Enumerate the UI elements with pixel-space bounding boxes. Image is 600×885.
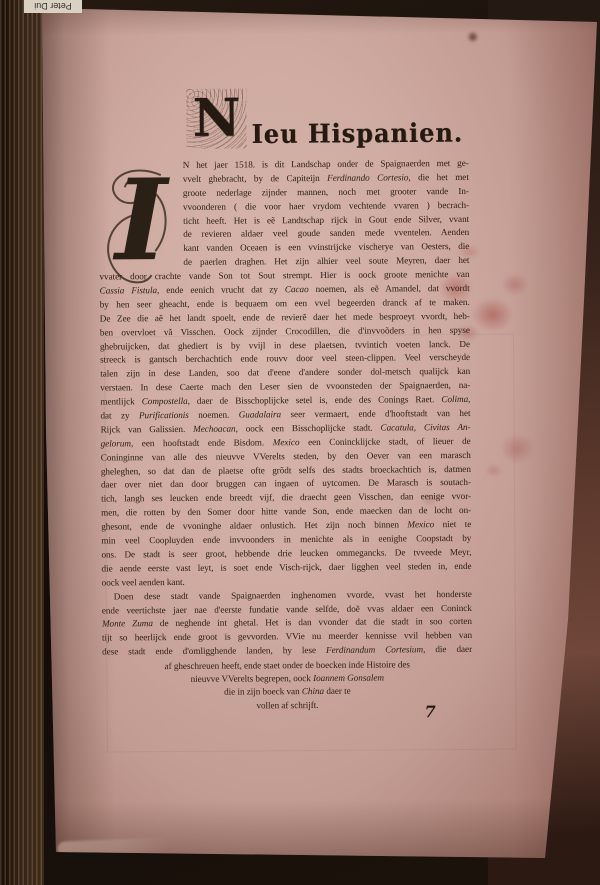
text-segment: af gheschreuen heeft, ende staet onder d…	[164, 659, 409, 671]
text-segment: oock veel aenden kant.	[102, 577, 185, 588]
chapter-title: Ieu Hispanien.	[251, 119, 463, 149]
text-segment: groote nederlage zijnder mannen, noch me…	[183, 186, 469, 198]
italic-text-segment: gelorum	[101, 438, 131, 448]
first-paragraph-head: I N het jaer 1518. is dit Landschap onde…	[99, 157, 470, 271]
closing-taper-lines: af gheschreuen heeft, ende staet onder d…	[102, 658, 472, 713]
text-line: dese stadt ende d'omligghende landen, hy…	[102, 643, 472, 659]
italic-text-segment: Compostella	[142, 396, 188, 406]
photographed-book-page: { "colors":{"paper":"#cfaba1","ink":"#2b…	[0, 0, 600, 885]
text-segment: tich, langh ses leucken ende breedt vijf…	[101, 491, 471, 504]
text-line: de paerlen draghen. Het zijn alhier veel…	[183, 254, 469, 270]
text-segment: daer over niet dan door bruggen can inga…	[101, 477, 471, 490]
text-segment: vvelt ghebracht, by de Capiteijn	[183, 173, 327, 184]
text-segment: De Zee die aẽ het landt spoelt, ende de …	[100, 311, 470, 324]
drop-cap-I: I	[101, 171, 182, 284]
red-stain	[481, 461, 507, 481]
text-segment: seer vermaert, ende d'hooftstadt van het	[281, 408, 470, 419]
ink-stain	[465, 29, 481, 45]
text-segment: die in zijn boeck van	[224, 687, 302, 698]
text-segment: de revieren aldaer veel goude sanden med…	[183, 227, 469, 239]
text-segment: , die daer	[423, 644, 472, 654]
text-segment: noemen.	[189, 410, 239, 420]
text-segment: ghebruijcken, dat ghediert is by vvijl i…	[100, 339, 470, 352]
text-segment: tijt so heerlijck ende groot is gevvorde…	[102, 630, 472, 643]
text-segment: , die het met	[408, 172, 468, 182]
italic-text-segment: Ferdinando Cortesio	[327, 172, 408, 183]
text-segment: daer te	[324, 686, 351, 696]
red-stain	[495, 268, 533, 300]
woodcut-initial-N: N	[186, 88, 246, 148]
text-segment: noemen, als eẽ Amandel, dat vvordt	[309, 283, 470, 294]
text-segment: nieuvve VVerelts begrepen, oock	[191, 673, 314, 684]
text-segment: ben overvloet vã Visschen. Oock zijnder …	[100, 325, 470, 338]
text-segment: niet te	[434, 519, 471, 529]
text-segment: ons. De stadt is seer groot, hebbende dr…	[101, 547, 471, 560]
text-segment: , een hooftstadt ende Bisdom.	[131, 437, 273, 448]
full-width-lines: vvater door crachte vande Son tot Sout s…	[99, 268, 472, 660]
italic-text-segment: Mexico	[407, 519, 434, 529]
text-segment: talen zijn in dese Landen, soo dat d'een…	[100, 366, 470, 379]
text-line: vvoonderen ( die voor haer vrydom vechte…	[183, 199, 469, 215]
text-segment: men, die rotten by den Somer door hitte …	[101, 505, 471, 518]
indented-lines: N het jaer 1518. is dit Landschap onder …	[183, 157, 470, 270]
text-block: I N het jaer 1518. is dit Landschap onde…	[99, 157, 473, 713]
page-content: N Ieu Hispanien. I N het jaer 1518. is d…	[32, 0, 600, 872]
italic-text-segment: Ferdinandum Cortesium	[326, 644, 423, 655]
text-line: vollen af schrijft.	[102, 698, 472, 714]
text-segment: Doen dese stadt vande Spaignaerden inghe…	[114, 589, 472, 601]
text-segment: streeck is gantsch berchachtich ende rou…	[100, 352, 470, 365]
text-segment: dese stadt ende d'omligghende landen, hy…	[102, 645, 326, 657]
text-segment: ghesont, ende de vvoninghe aldaer onlust…	[101, 520, 407, 532]
italic-text-segment: Cacao	[285, 284, 309, 294]
text-segment: Coninginne van alle des nieuvve VVerelts…	[101, 450, 471, 463]
italic-text-segment: China	[302, 686, 324, 696]
facing-page-inscription: Peter Dui	[24, 0, 82, 13]
text-segment: N het jaer 1518. is dit Landschap onder …	[183, 158, 469, 170]
text-segment: die aende eerste vast leyt, is soet ende…	[101, 561, 471, 574]
text-segment: , daer de Bisschoplijcke setel is, ende …	[188, 394, 442, 406]
text-segment: dat zy	[100, 410, 139, 420]
inscription-text: Peter Dui	[34, 2, 72, 12]
italic-text-segment: Mexico	[273, 437, 300, 447]
text-segment: een Conincklijcke stadt, of lieuer de	[299, 436, 470, 447]
text-segment: kant vanden Oceaen is een vvinstrijcke v…	[183, 241, 469, 253]
text-segment: Rijck van Galissien.	[101, 424, 194, 435]
text-segment: by hen seer gheacht, ende is bequaem om …	[100, 297, 470, 310]
italic-text-segment: Purificationis	[139, 410, 189, 420]
text-segment: min veel Coopluyden ende invvoonders in …	[101, 533, 471, 546]
text-segment: vvoonderen ( die voor haer vrydom vechte…	[183, 200, 469, 212]
italic-text-segment: Colima	[441, 394, 468, 404]
italic-text-segment: Guadalaira	[239, 409, 281, 419]
chapter-heading: N Ieu Hispanien.	[186, 87, 463, 149]
text-segment: ticht heeft. Het is eẽ Landtschap rijck …	[183, 213, 469, 225]
italic-text-segment: Mechoacan	[193, 423, 235, 433]
text-segment: mentlijck	[100, 396, 141, 406]
italic-text-segment: Cacatula, Civitas An-	[380, 422, 470, 433]
text-line: die aende eerste vast leyt, is soet ende…	[101, 560, 471, 576]
text-segment: vollen af schrijft.	[256, 700, 318, 710]
page-number: 7	[424, 702, 435, 721]
text-segment: ,	[468, 394, 470, 404]
book-page: N Ieu Hispanien. I N het jaer 1518. is d…	[34, 0, 600, 870]
italic-text-segment: Monte Zuma	[102, 619, 153, 629]
text-segment: de paerlen draghen. Het zijn alhier veel…	[183, 255, 469, 267]
text-segment: ende veertichste jaer nae d'eerste funda…	[102, 602, 472, 615]
text-segment: verstaen. In dese Caerte mach den Leser …	[100, 380, 470, 393]
text-segment: de neghende int ghetal. Het is dan vvond…	[153, 616, 472, 628]
italic-text-segment: Ioannem Gonsalem	[313, 673, 384, 683]
text-segment: , oock een Bisschoplijcke stadt.	[236, 422, 381, 433]
text-segment: gheleghen, so dat dan de plaetse ofte gr…	[101, 464, 471, 477]
book-page-edges-left	[0, 0, 44, 885]
